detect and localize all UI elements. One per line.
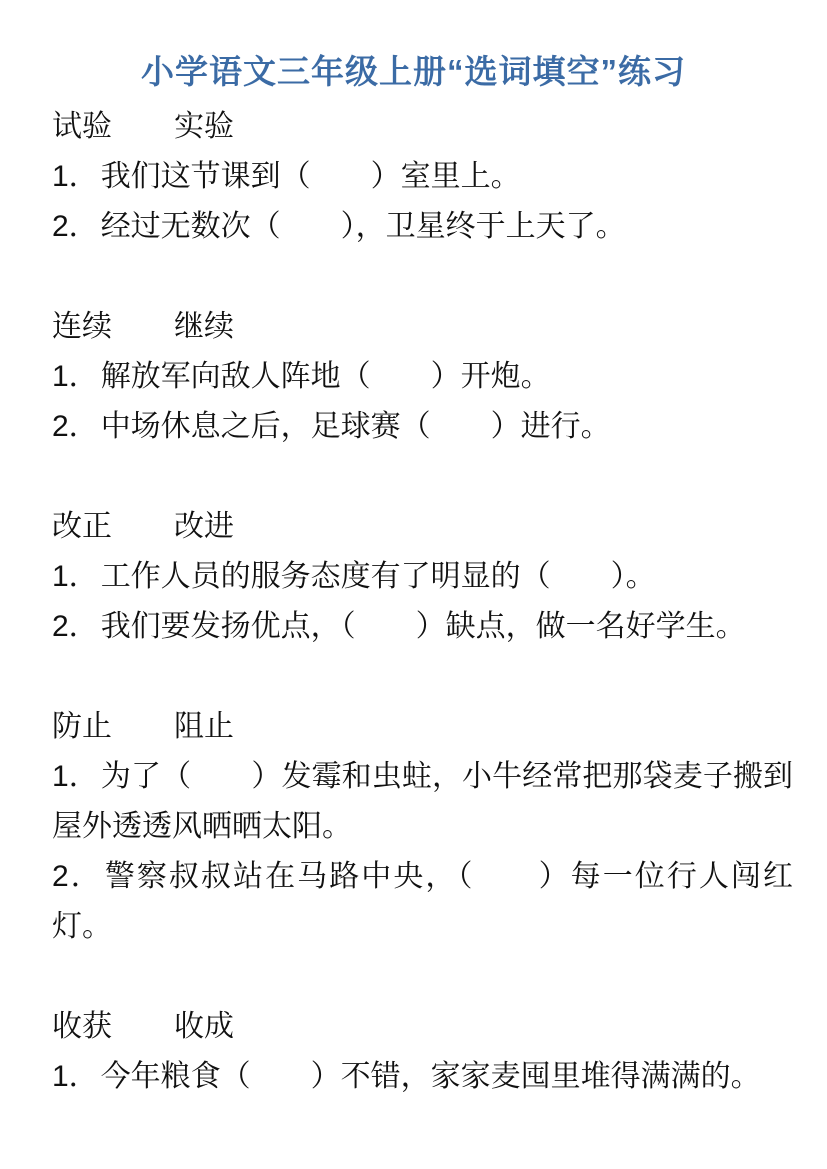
exercise-item: 1．解放军向敌人阵地（ ）开炮。 xyxy=(52,352,793,402)
word-pair: 防止 阻止 xyxy=(52,702,793,752)
item-number: 2． xyxy=(52,410,101,443)
item-number: 2． xyxy=(52,210,101,243)
item-text: 工作人员的服务态度有了明显的（ ）。 xyxy=(101,560,656,593)
exercise-item: 1．我们这节课到（ ）室里上。 xyxy=(52,152,793,202)
section-shiyan-shiyan: 试验 实验 1．我们这节课到（ ）室里上。 2．经过无数次（ ），卫星终于上天了… xyxy=(52,102,793,252)
item-text: 经过无数次（ ），卫星终于上天了。 xyxy=(101,210,626,243)
word-option: 收获 xyxy=(52,1002,112,1052)
word-option: 试验 xyxy=(52,102,112,152)
item-number: 1． xyxy=(52,1060,101,1093)
word-pair: 收获 收成 xyxy=(52,1002,793,1052)
item-number: 1． xyxy=(52,560,101,593)
item-number: 2． xyxy=(52,860,105,893)
item-text: 解放军向敌人阵地（ ）开炮。 xyxy=(101,360,551,393)
word-option: 收成 xyxy=(174,1002,234,1052)
word-option: 阻止 xyxy=(174,702,234,752)
section-gaizheng-gaijin: 改正 改进 1．工作人员的服务态度有了明显的（ ）。 2．我们要发扬优点，（ ）… xyxy=(52,502,793,652)
exercise-item: 2．我们要发扬优点，（ ）缺点，做一名好学生。 xyxy=(52,602,793,652)
word-option: 改正 xyxy=(52,502,112,552)
word-option: 实验 xyxy=(174,102,234,152)
worksheet-page: 小学语文三年级上册“选词填空”练习 试验 实验 1．我们这节课到（ ）室里上。 … xyxy=(0,0,827,1169)
page-title: 小学语文三年级上册“选词填空”练习 xyxy=(0,0,827,92)
item-text: 今年粮食（ ）不错，家家麦囤里堆得满满的。 xyxy=(101,1060,761,1093)
item-text: 我们要发扬优点，（ ）缺点，做一名好学生。 xyxy=(101,610,746,643)
exercise-item: 1．为了（ ）发霉和虫蛀，小牛经常把那袋麦子搬到屋外透透风晒晒太阳。 xyxy=(52,752,793,852)
item-text: 中场休息之后，足球赛（ ）进行。 xyxy=(101,410,611,443)
worksheet-content: 试验 实验 1．我们这节课到（ ）室里上。 2．经过无数次（ ），卫星终于上天了… xyxy=(0,92,827,1102)
word-pair: 连续 继续 xyxy=(52,302,793,352)
word-pair: 试验 实验 xyxy=(52,102,793,152)
item-number: 1． xyxy=(52,160,101,193)
word-pair: 改正 改进 xyxy=(52,502,793,552)
item-number: 2． xyxy=(52,610,101,643)
item-text: 警察叔叔站在马路中央，（ ）每一位行人闯红灯。 xyxy=(52,860,793,943)
exercise-item: 1．今年粮食（ ）不错，家家麦囤里堆得满满的。 xyxy=(52,1052,793,1102)
word-option: 改进 xyxy=(174,502,234,552)
item-text: 我们这节课到（ ）室里上。 xyxy=(101,160,521,193)
section-lianxu-jixu: 连续 继续 1．解放军向敌人阵地（ ）开炮。 2．中场休息之后，足球赛（ ）进行… xyxy=(52,302,793,452)
exercise-item: 2．经过无数次（ ），卫星终于上天了。 xyxy=(52,202,793,252)
section-fangzhi-zuzhi: 防止 阻止 1．为了（ ）发霉和虫蛀，小牛经常把那袋麦子搬到屋外透透风晒晒太阳。… xyxy=(52,702,793,952)
item-number: 1． xyxy=(52,760,101,793)
exercise-item: 1．工作人员的服务态度有了明显的（ ）。 xyxy=(52,552,793,602)
exercise-item: 2．警察叔叔站在马路中央，（ ）每一位行人闯红灯。 xyxy=(52,852,793,952)
word-option: 连续 xyxy=(52,302,112,352)
word-option: 继续 xyxy=(174,302,234,352)
word-option: 防止 xyxy=(52,702,112,752)
item-text: 为了（ ）发霉和虫蛀，小牛经常把那袋麦子搬到屋外透透风晒晒太阳。 xyxy=(52,760,793,843)
item-number: 1． xyxy=(52,360,101,393)
exercise-item: 2．中场休息之后，足球赛（ ）进行。 xyxy=(52,402,793,452)
section-shouhuo-shoucheng: 收获 收成 1．今年粮食（ ）不错，家家麦囤里堆得满满的。 xyxy=(52,1002,793,1102)
